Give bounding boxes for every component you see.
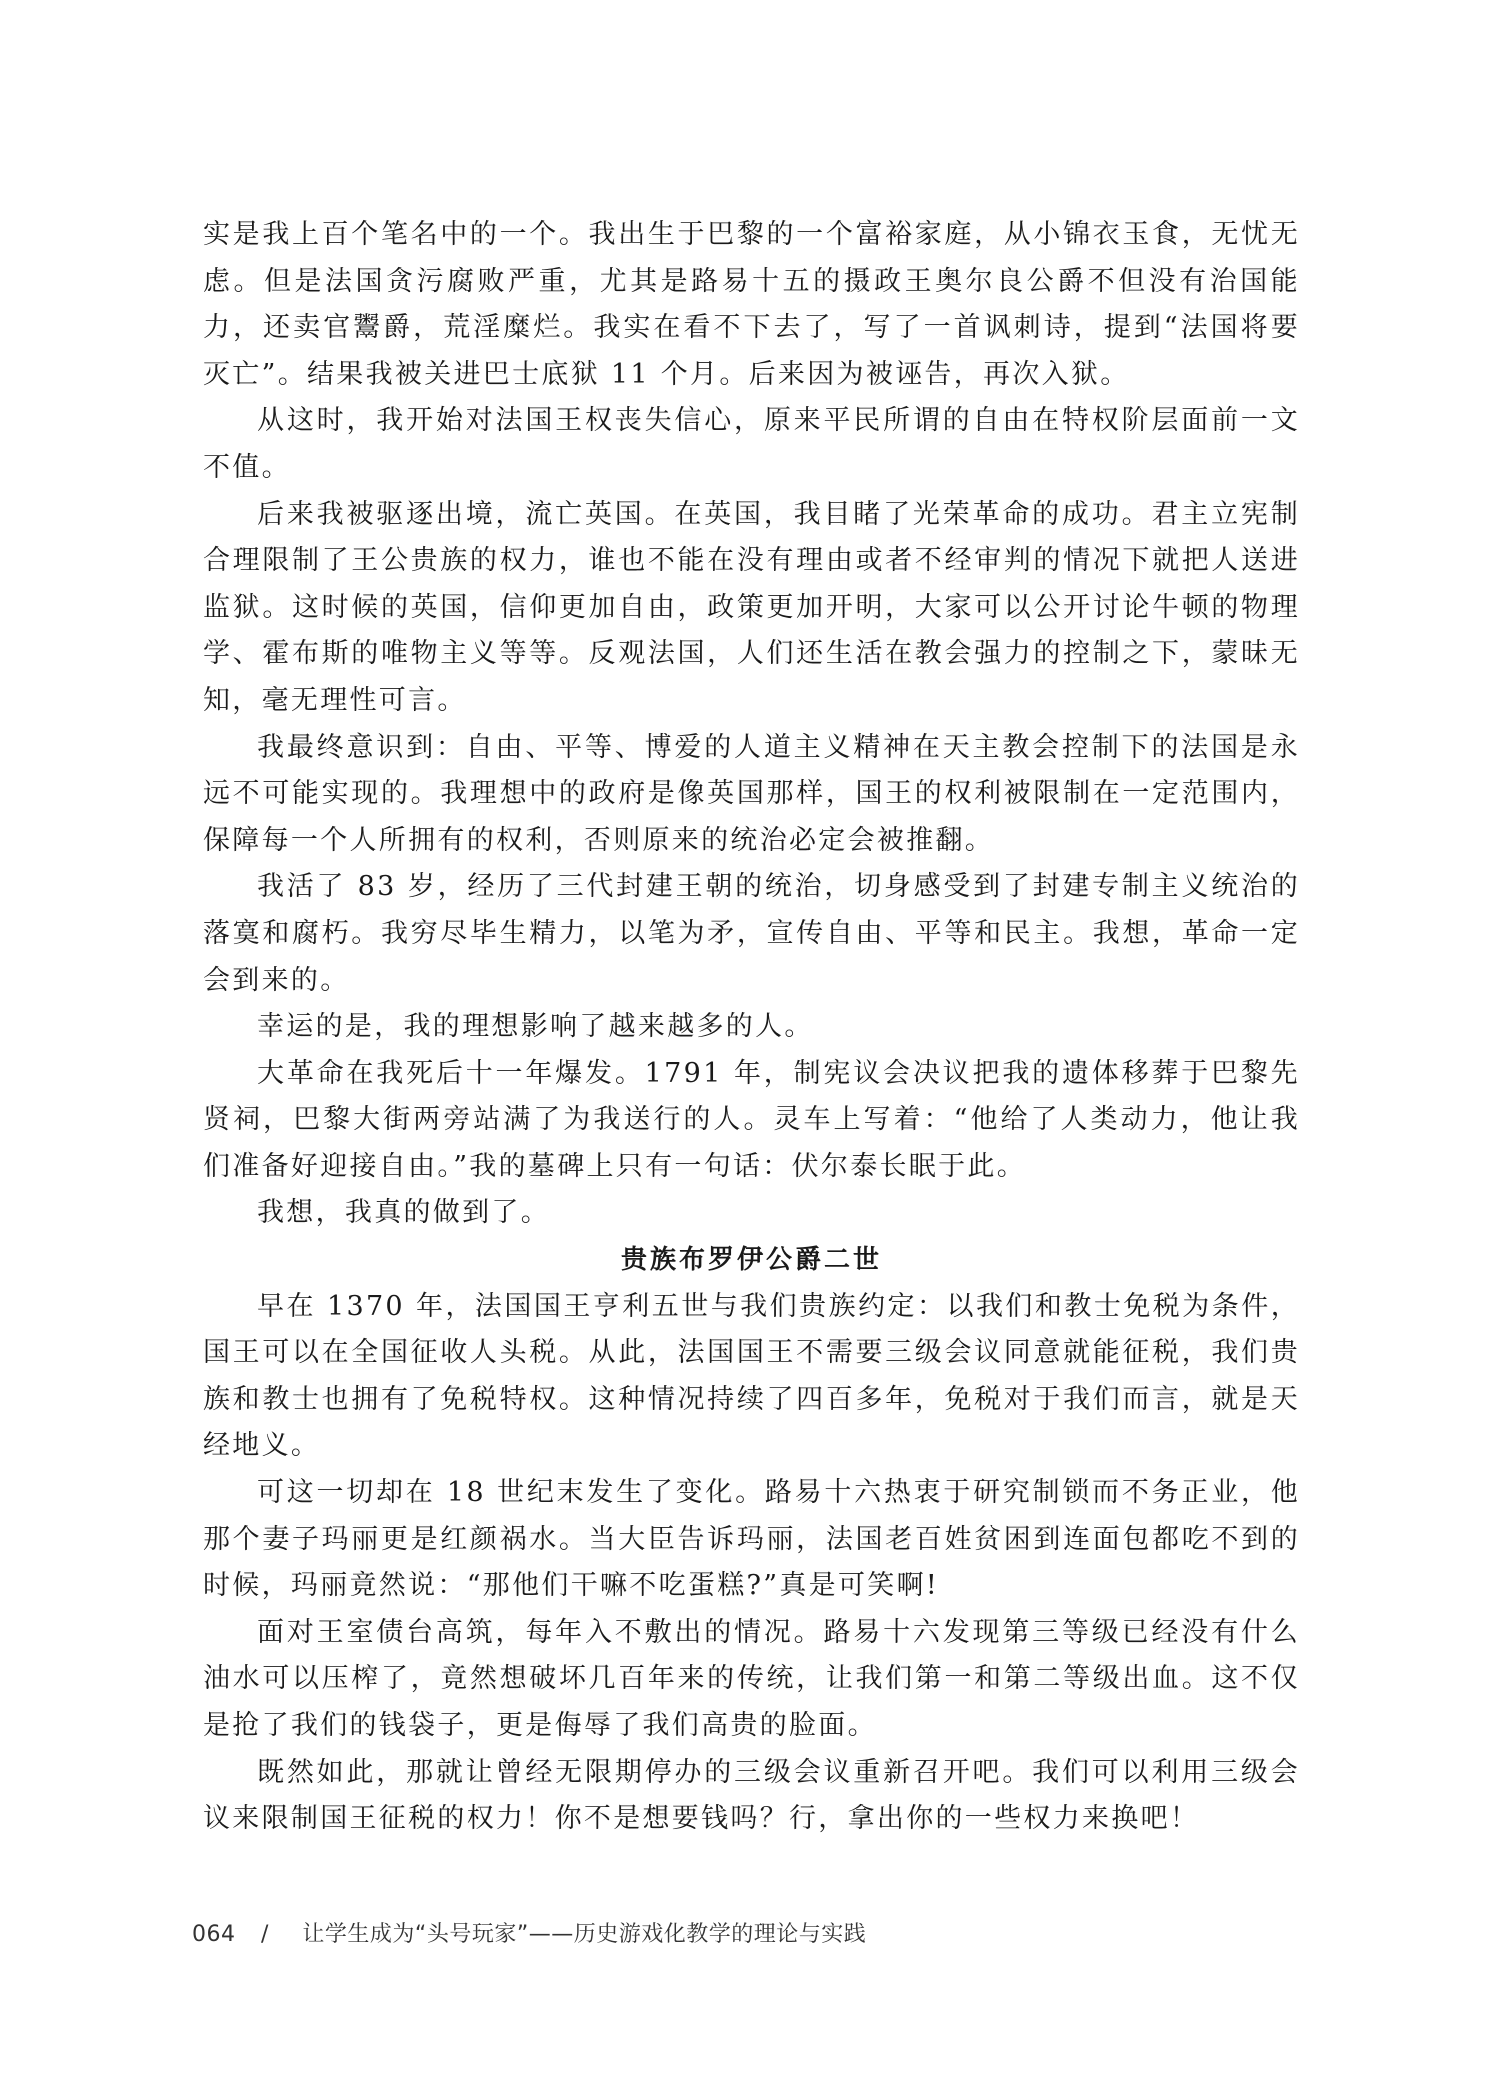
book-page: 实是我上百个笔名中的一个。我出生于巴黎的一个富裕家庭，从小锦衣玉食，无忧无虑。但… (0, 0, 1504, 2094)
paragraph: 我活了 83 岁，经历了三代封建王朝的统治，切身感受到了封建专制主义统治的落寞和… (203, 864, 1300, 1004)
section-title: 贵族布罗伊公爵二世 (203, 1237, 1300, 1284)
paragraph: 既然如此，那就让曾经无限期停办的三级会议重新召开吧。我们可以利用三级会议来限制国… (203, 1750, 1300, 1843)
paragraph: 幸运的是，我的理想影响了越来越多的人。 (203, 1004, 1300, 1051)
paragraph: 大革命在我死后十一年爆发。1791 年，制宪议会决议把我的遗体移葬于巴黎先贤祠，… (203, 1051, 1300, 1191)
footer-separator: / (261, 1922, 269, 1947)
book-title: 让学生成为“头号玩家”——历史游戏化教学的理论与实践 (302, 1922, 866, 1947)
page-number: 064 (192, 1922, 236, 1947)
paragraph: 可这一切却在 18 世纪末发生了变化。路易十六热衷于研究制锁而不务正业，他那个妻… (203, 1470, 1300, 1610)
paragraph: 面对王室债台高筑，每年入不敷出的情况。路易十六发现第三等级已经没有什么油水可以压… (203, 1610, 1300, 1750)
page-footer: 064 / 让学生成为“头号玩家”——历史游戏化教学的理论与实践 (192, 1917, 866, 1948)
paragraph: 实是我上百个笔名中的一个。我出生于巴黎的一个富裕家庭，从小锦衣玉食，无忧无虑。但… (203, 212, 1300, 398)
paragraph: 早在 1370 年，法国国王亨利五世与我们贵族约定：以我们和教士免税为条件，国王… (203, 1284, 1300, 1470)
paragraph: 后来我被驱逐出境，流亡英国。在英国，我目睹了光荣革命的成功。君主立宪制合理限制了… (203, 492, 1300, 725)
paragraph: 我想，我真的做到了。 (203, 1190, 1300, 1237)
body-text: 实是我上百个笔名中的一个。我出生于巴黎的一个富裕家庭，从小锦衣玉食，无忧无虑。但… (203, 212, 1300, 1843)
paragraph: 我最终意识到：自由、平等、博爱的人道主义精神在天主教会控制下的法国是永远不可能实… (203, 725, 1300, 865)
paragraph: 从这时，我开始对法国王权丧失信心，原来平民所谓的自由在特权阶层面前一文不值。 (203, 398, 1300, 491)
